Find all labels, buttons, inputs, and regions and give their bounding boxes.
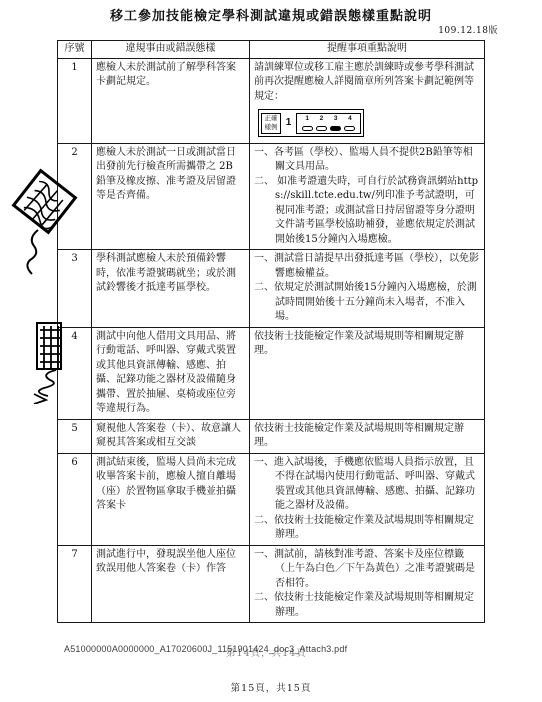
reminder-cell: 請訓練單位或移工雇主應於訓練時或參考學科測試前再次提醒應檢人詳閱簡章所列答案卡劃…	[250, 58, 485, 143]
example-label: 正確 樣例	[261, 113, 281, 134]
table-row: 3 學科測試應檢人未於預備鈴響時，依准考證號碼就坐；或於測試鈴響後才抵達考區學校…	[58, 250, 485, 328]
footer-ghost-page-label: 第14頁，共14頁	[226, 645, 307, 659]
table-row: 1 應檢人未於測試前了解學科答案卡劃記規定。 請訓練單位或移工雇主應於訓練時或參…	[58, 58, 485, 143]
violation-text: 應檢人未於測試前了解學科答案卡劃記規定。	[92, 58, 250, 143]
reminder-cell: 一、測試前，請核對准考證、答案卡及座位標籤（上午為白色／下午為黃色）之准考證號碼…	[250, 545, 485, 623]
ink-stamp-icon	[36, 322, 62, 370]
reminder-item: 一、測試前，請核對准考證、答案卡及座位標籤（上午為白色／下午為黃色）之准考證號碼…	[254, 548, 480, 592]
version-note: 109.12.18版	[438, 23, 498, 36]
reminder-cell: 依技術士技能檢定作業及試場規則等相關規定辦理。	[250, 419, 485, 453]
page-title: 移工參加技能檢定學科測試違規或錯誤態樣重點說明	[0, 5, 542, 24]
option-number: 3	[330, 115, 342, 122]
row-number: 7	[58, 545, 92, 623]
violation-text: 學科測試應檢人未於預備鈴響時，依准考證號碼就坐；或於測試鈴響後才抵達考區學校。	[92, 250, 250, 328]
option-number: 4	[344, 115, 356, 122]
example-option-numbers: 1 2 3 4	[300, 115, 357, 122]
answer-card-example: 正確 樣例 1 1 2 3 4	[258, 109, 364, 137]
table-row: 6 測試結束後，監場人員尚未完成收畢答案卡前，應檢人擅自離場（座）於置物區拿取手…	[58, 453, 485, 545]
answer-bubble	[344, 126, 355, 131]
table-header-row: 序號 違規事由或錯誤態樣 提醒事項重點說明	[58, 41, 485, 59]
violations-table: 序號 違規事由或錯誤態樣 提醒事項重點說明 1 應檢人未於測試前了解學科答案卡劃…	[57, 40, 485, 623]
reminder-item: 二、依技術士技能檢定作業及試場規則等相關規定辦理。	[254, 514, 480, 543]
header-seq: 序號	[58, 41, 92, 59]
reminder-cell: 依技術士技能檢定作業及試場規則等相關規定辦理。	[250, 327, 485, 419]
option-number: 2	[315, 115, 327, 122]
reminder-item: 一、各考區（學校）、監場人員不提供2B鉛筆等相關文具用品。	[254, 146, 480, 175]
header-reminder: 提醒事項重點說明	[250, 41, 485, 59]
header-violation: 違規事由或錯誤態樣	[92, 41, 250, 59]
row-number: 1	[58, 58, 92, 143]
reminder-cell: 一、進入試場後，手機應依監場人員指示放置，且不得在試場內使用行動電話、呼叫器、穿…	[250, 453, 485, 545]
example-options: 1 2 3 4	[296, 113, 361, 134]
table-row: 4 測試中向他人借用文具用品、將行動電話、呼叫器、穿戴式裝置或其他具資訊傳輸、感…	[58, 327, 485, 419]
answer-bubble-filled	[330, 126, 341, 131]
row-number: 3	[58, 250, 92, 328]
table-row: 7 測試進行中，發現誤坐他人座位致誤用他人答案卷（卡）作答 一、測試前，請核對准…	[58, 545, 485, 623]
reminder-intro: 請訓練單位或移工雇主應於訓練時或參考學科測試前再次提醒應檢人詳閱簡章所列答案卡劃…	[254, 61, 480, 105]
reminder-item: 依技術士技能檢定作業及試場規則等相關規定辦理。	[254, 330, 480, 359]
example-option-bubbles	[300, 126, 357, 132]
violation-text: 測試中向他人借用文具用品、將行動電話、呼叫器、穿戴式裝置或其他具資訊傳輸、感應、…	[92, 327, 250, 419]
row-number: 6	[58, 453, 92, 545]
answer-bubble	[316, 126, 327, 131]
reminder-item: 依技術士技能檢定作業及試場規則等相關規定辦理。	[254, 422, 480, 451]
violation-text: 窺視他人答案卷（卡）、故意讓人窺視其答案或相互交談	[92, 419, 250, 453]
example-label-line1: 正確	[262, 114, 280, 123]
answer-bubble	[302, 126, 313, 131]
example-label-line2: 樣例	[262, 123, 280, 132]
violation-text: 應檢人未於測試一日或測試當日出發前先行檢查所需攜帶之 2B 鉛筆及橡皮擦、准考證…	[92, 143, 250, 250]
document-page: 移工參加技能檢定學科測試違規或錯誤態樣重點說明 109.12.18版 序號 違規…	[0, 0, 542, 702]
option-number: 1	[301, 115, 313, 122]
reminder-item: 二、依技術士技能檢定作業及試場規則等相關規定辦理。	[254, 591, 480, 620]
reminder-item: 二、 如准考證遺失時，可自行於試務資訊網站https://skill.tcte.…	[254, 175, 480, 248]
violation-text: 測試進行中，發現誤坐他人座位致誤用他人答案卷（卡）作答	[92, 545, 250, 623]
row-number: 5	[58, 419, 92, 453]
reminder-item: 一、進入試場後，手機應依監場人員指示放置，且不得在試場內使用行動電話、呼叫器、穿…	[254, 456, 480, 514]
reminder-item: 二、依規定於測試開始後15分鐘內入場應檢，於測試時間開始後十五分鐘尚未入場者，不…	[254, 281, 480, 325]
table-row: 5 窺視他人答案卷（卡）、故意讓人窺視其答案或相互交談 依技術士技能檢定作業及試…	[58, 419, 485, 453]
reminder-cell: 一、測試當日請提早出發抵達考區（學校），以免影響應檢權益。 二、依規定於測試開始…	[250, 250, 485, 328]
reminder-cell: 一、各考區（學校）、監場人員不提供2B鉛筆等相關文具用品。 二、 如准考證遺失時…	[250, 143, 485, 250]
ink-scribble-icon	[24, 228, 50, 276]
violation-text: 測試結束後，監場人員尚未完成收畢答案卡前，應檢人擅自離場（座）於置物區拿取手機並…	[92, 453, 250, 545]
example-question-number: 1	[281, 116, 296, 131]
seal-scribble-icon	[38, 324, 62, 370]
table-row: 2 應檢人未於測試一日或測試當日出發前先行檢查所需攜帶之 2B 鉛筆及橡皮擦、准…	[58, 143, 485, 250]
signature-scribble-icon	[30, 368, 64, 404]
footer-page-label: 第15頁，共15頁	[0, 680, 542, 694]
reminder-item: 一、測試當日請提早出發抵達考區（學校），以免影響應檢權益。	[254, 252, 480, 281]
